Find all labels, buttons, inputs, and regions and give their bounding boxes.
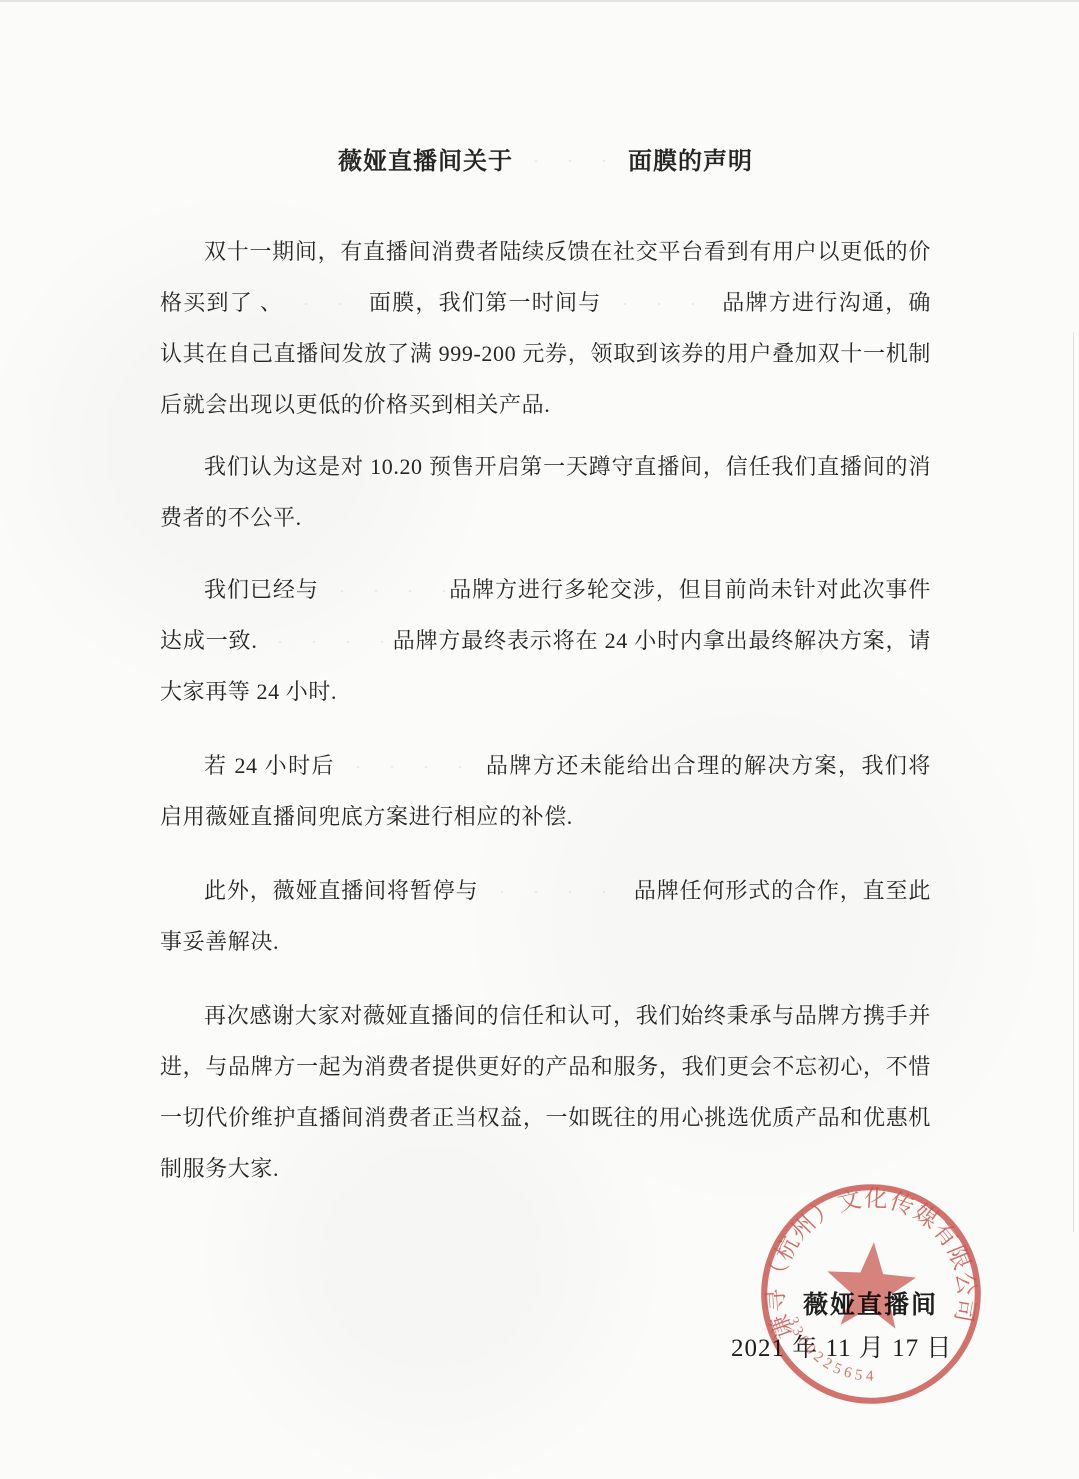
paragraph-6-text: 再次感谢大家对薇娅直播间的信任和认可，我们始终秉承与品牌方携手并进，与品牌方一起…	[160, 1003, 931, 1181]
redacted-brand-name	[335, 755, 485, 775]
redacted-brand-name	[257, 630, 392, 650]
seal-serial-number: 3300225654	[784, 1309, 879, 1390]
document-body: 薇娅直播间关于面膜的声明 双十一期间，有直播间消费者陆续反馈在社交平台看到有用户…	[160, 2, 931, 1194]
paragraph-2-text: 我们认为这是对 10.20 预售开启第一天蹲守直播间，信任我们直播间的消费者的不…	[160, 454, 931, 530]
paragraph-3-text: 我们已经与	[204, 577, 319, 602]
company-seal: 谦寻（杭州）文化传媒有限公司 3300225654	[741, 1164, 1001, 1424]
seal-star-icon	[824, 1239, 919, 1330]
redacted-brand-name	[283, 292, 368, 312]
title-text-pre: 薇娅直播间关于	[338, 149, 513, 175]
paragraph-5: 此外，薇娅直播间将暂停与品牌任何形式的合作，直至此事妥善解决.	[160, 865, 931, 967]
redacted-brand-name	[479, 880, 634, 900]
paragraph-4-text: 若 24 小时后	[204, 753, 335, 778]
title-text-post: 面膜的声明	[628, 149, 753, 175]
company-seal-graphic: 谦寻（杭州）文化传媒有限公司 3300225654	[741, 1164, 1001, 1424]
paragraph-5-text: 此外，薇娅直播间将暂停与	[204, 878, 479, 903]
redacted-brand-name	[602, 292, 722, 312]
redacted-brand-name	[513, 149, 628, 171]
paragraph-1-text: 面膜，我们第一时间与	[368, 290, 601, 315]
paragraph-3: 我们已经与品牌方进行多轮交涉，但目前尚未针对此次事件达成一致.品牌方最终表示将在…	[160, 564, 931, 717]
paragraph-1: 双十一期间，有直播间消费者陆续反馈在社交平台看到有用户以更低的价格买到了 、面膜…	[160, 226, 931, 430]
redacted-brand-name	[319, 579, 449, 599]
document-title: 薇娅直播间关于面膜的声明	[160, 142, 931, 182]
scanned-document-page: 薇娅直播间关于面膜的声明 双十一期间，有直播间消费者陆续反馈在社交平台看到有用户…	[0, 0, 1079, 1479]
paragraph-4: 若 24 小时后品牌方还未能给出合理的解决方案，我们将启用薇娅直播间兜底方案进行…	[160, 740, 931, 842]
paragraph-6: 再次感谢大家对薇娅直播间的信任和认可，我们始终秉承与品牌方携手并进，与品牌方一起…	[160, 990, 931, 1194]
paragraph-2: 我们认为这是对 10.20 预售开启第一天蹲守直播间，信任我们直播间的消费者的不…	[160, 441, 931, 543]
